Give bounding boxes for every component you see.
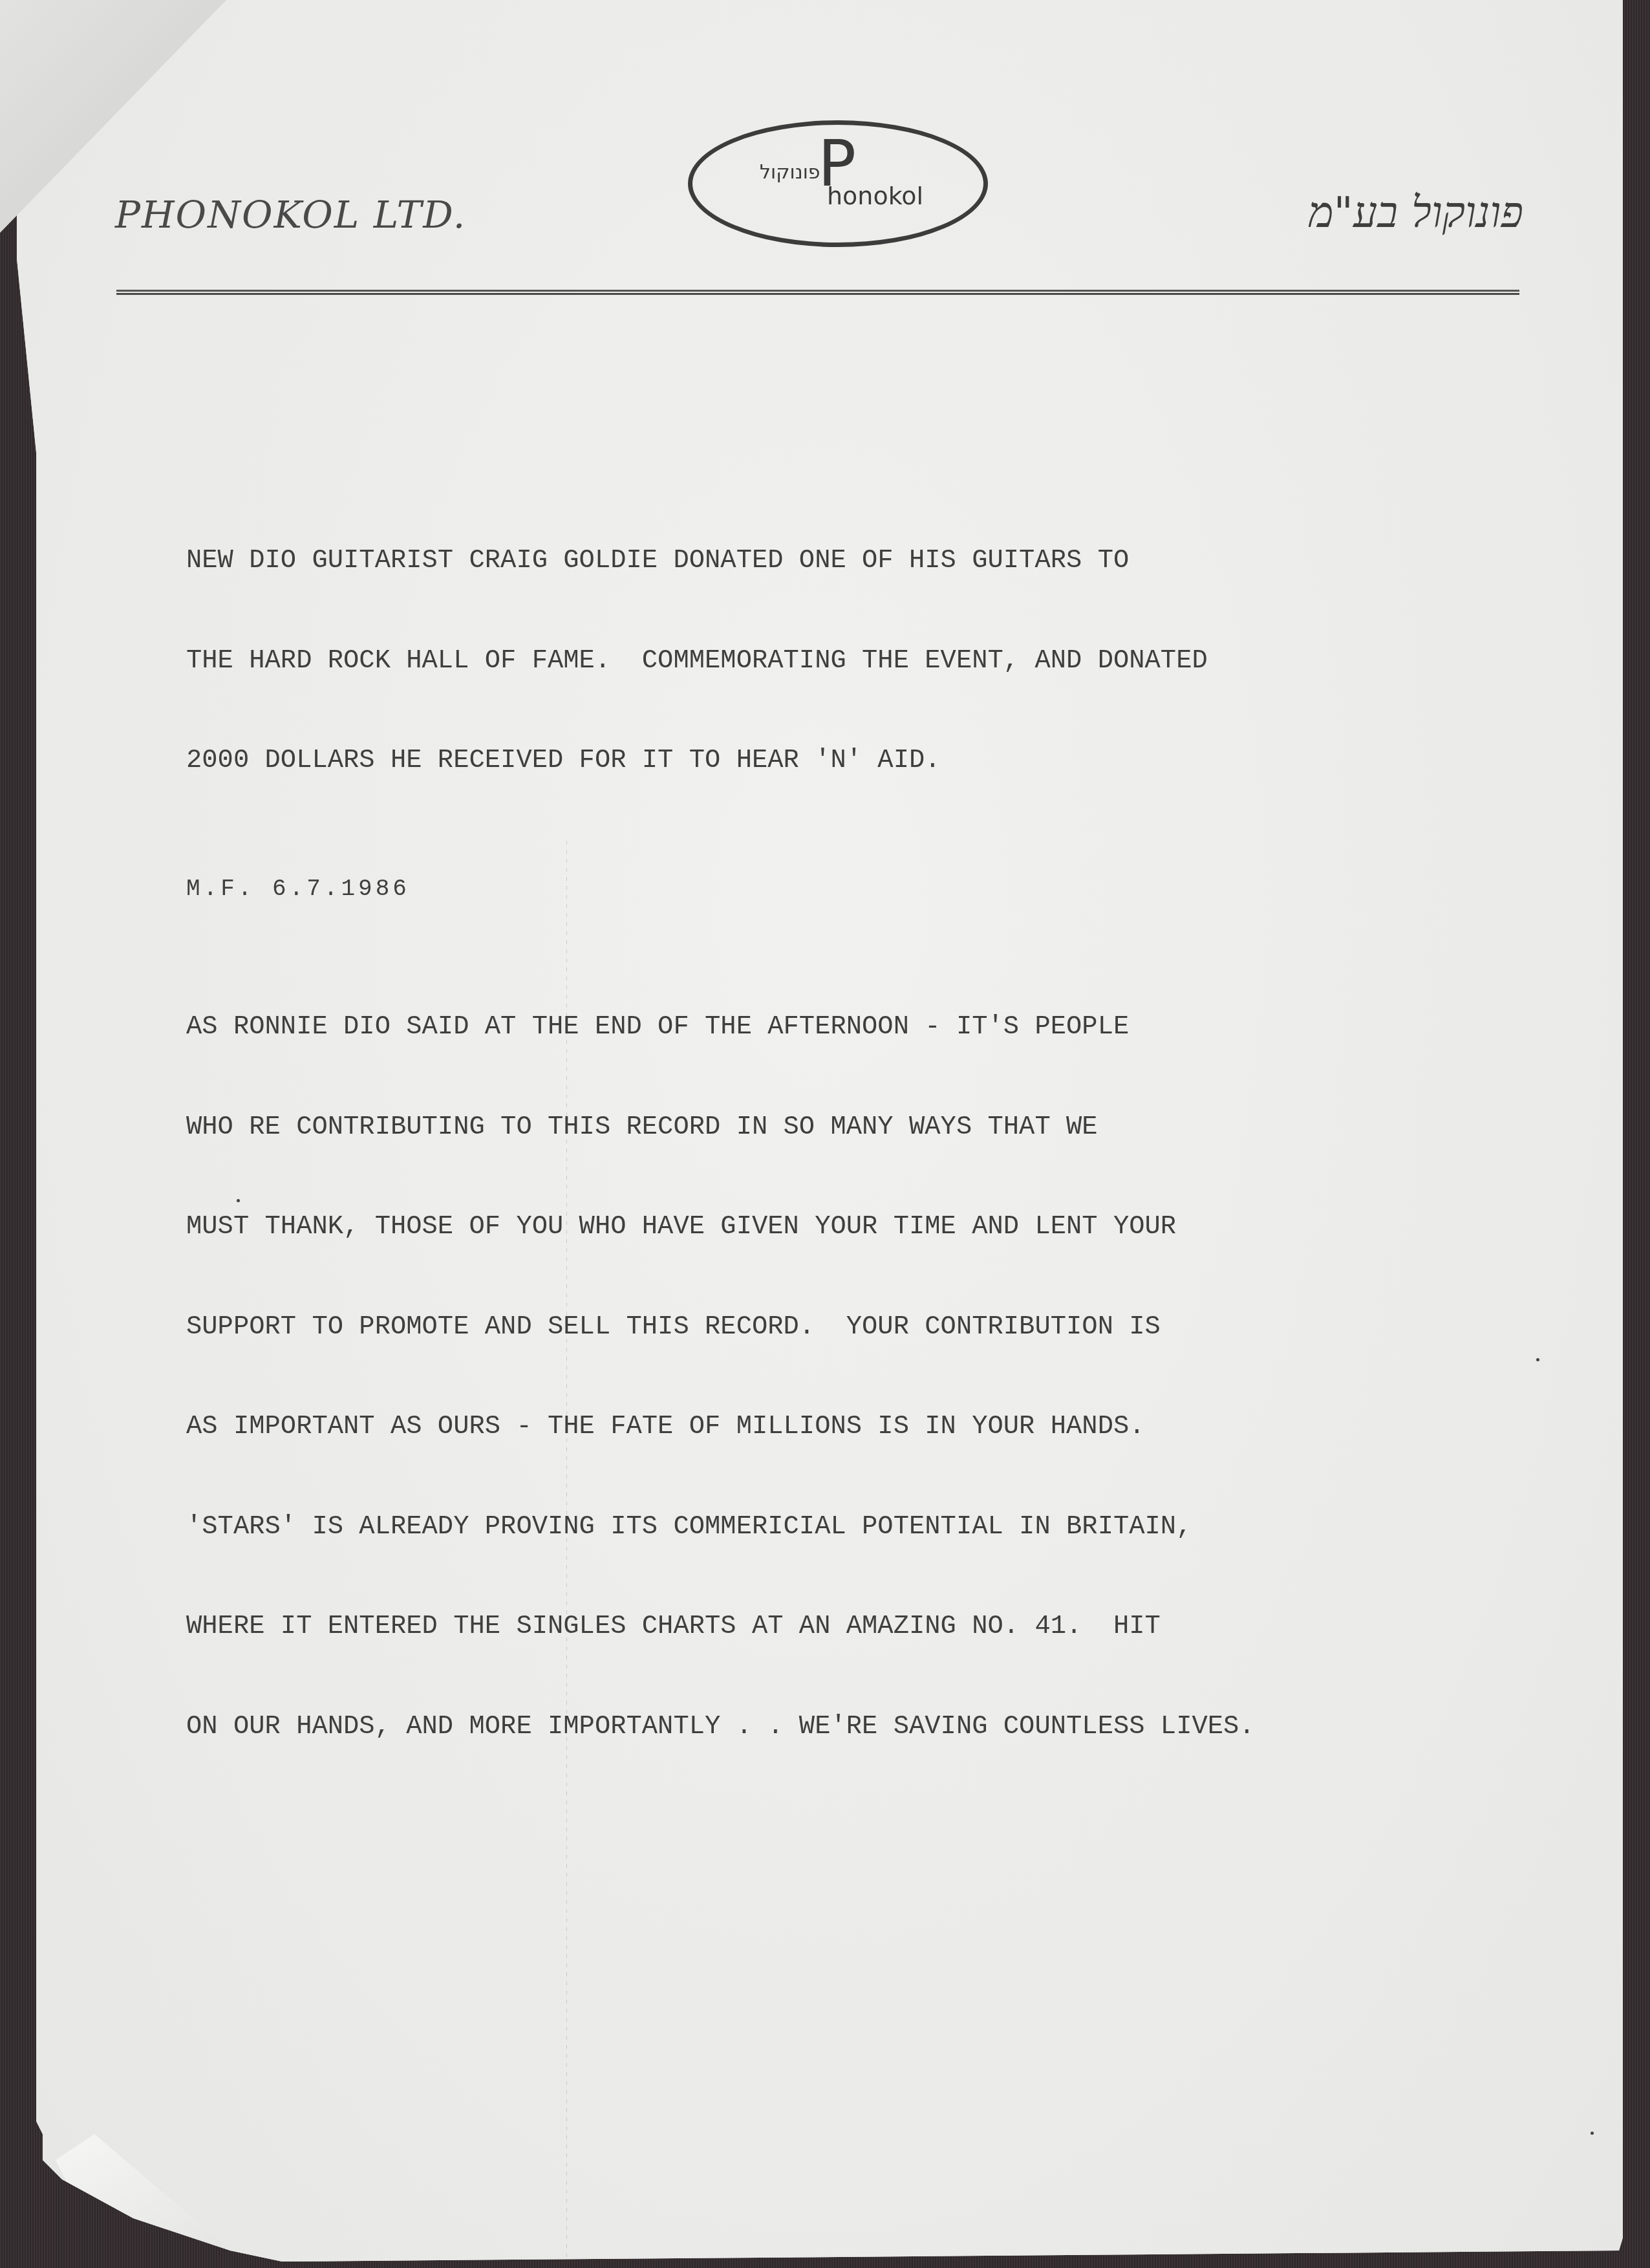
signoff-initials-date: M.F. 6.7.1986 [186, 876, 410, 902]
text-line: 2000 DOLLARS HE RECEIVED FOR IT TO HEAR … [186, 744, 1255, 778]
text-line: NEW DIO GUITARIST CRAIG GOLDIE DONATED O… [186, 545, 1255, 578]
paragraph: AS RONNIE DIO SAID AT THE END OF THE AFT… [186, 944, 1255, 1810]
text-line: ON OUR HANDS, AND MORE IMPORTANTLY . . W… [186, 1711, 1255, 1744]
text-line: MUST THANK, THOSE OF YOU WHO HAVE GIVEN … [186, 1211, 1255, 1244]
text-line: AS RONNIE DIO SAID AT THE END OF THE AFT… [186, 1011, 1255, 1044]
logo-hebrew-text: פונוקול [760, 161, 820, 184]
letter-body: NEW DIO GUITARIST CRAIG GOLDIE DONATED O… [186, 411, 1255, 1844]
company-logo: פונוקול P honokol [688, 120, 988, 247]
paper-speck [1536, 1358, 1539, 1361]
text-line: SUPPORT TO PROMOTE AND SELL THIS RECORD.… [186, 1311, 1255, 1345]
text-line: THE HARD ROCK HALL OF FAME. COMMEMORATIN… [186, 645, 1255, 678]
company-name-hebrew: פונוקול בע"מ [1308, 188, 1523, 238]
text-line: WHERE IT ENTERED THE SINGLES CHARTS AT A… [186, 1610, 1255, 1644]
text-line: WHO RE CONTRIBUTING TO THIS RECORD IN SO… [186, 1111, 1255, 1145]
paper-speck [1591, 2132, 1594, 2135]
company-name-english: PHONOKOL LTD. [115, 193, 466, 237]
logo-brand-text: honokol [827, 182, 923, 210]
paragraph: NEW DIO GUITARIST CRAIG GOLDIE DONATED O… [186, 478, 1255, 845]
text-line: AS IMPORTANT AS OURS - THE FATE OF MILLI… [186, 1410, 1255, 1444]
letterhead-divider [116, 290, 1519, 295]
text-line: 'STARS' IS ALREADY PROVING ITS COMMERICI… [186, 1511, 1255, 1544]
